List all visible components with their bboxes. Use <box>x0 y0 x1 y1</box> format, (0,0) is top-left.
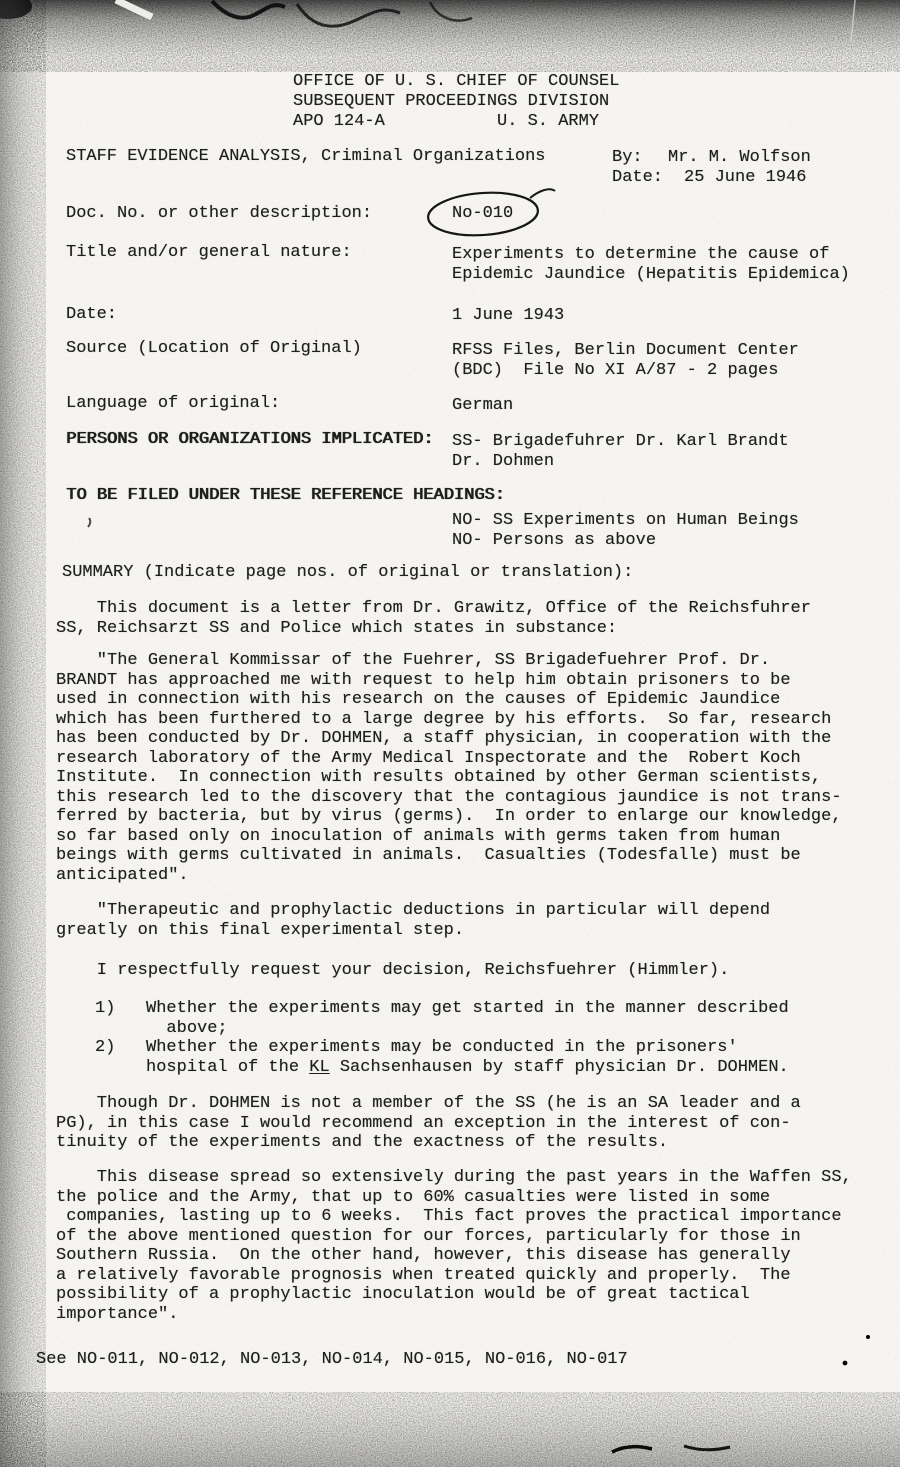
field-docno-label: Doc. No. or other description: <box>66 204 372 224</box>
field-date-label: Date: <box>66 305 117 325</box>
list-item-2-underlined: KL <box>309 1058 329 1077</box>
field-docno-value: No-010 <box>452 204 513 224</box>
letterhead-line2: SUBSEQUENT PROCEEDINGS DIVISION <box>293 92 609 112</box>
stray-comma-mark <box>88 518 90 527</box>
filing-label: TO BE FILED UNDER THESE REFERENCE HEADIN… <box>66 486 505 506</box>
list-item-2: 2) Whether the experiments may be conduc… <box>95 1038 789 1077</box>
ink-dot-2 <box>843 1361 848 1366</box>
field-language-value: German <box>452 396 513 416</box>
top-crack-2 <box>297 4 400 26</box>
top-crack-3 <box>430 2 472 21</box>
letterhead-apo: APO 124-A <box>293 112 385 132</box>
field-title-label: Title and/or general nature: <box>66 243 352 263</box>
document-title-line: STAFF EVIDENCE ANALYSIS, Criminal Organi… <box>66 147 545 167</box>
cross-references: See NO-011, NO-012, NO-013, NO-014, NO-0… <box>36 1350 628 1370</box>
top-scan-band <box>0 0 900 58</box>
letterhead-line1: OFFICE OF U. S. CHIEF OF COUNSEL <box>293 72 619 92</box>
top-white-slash <box>116 0 152 17</box>
field-source-label: Source (Location of Original) <box>66 339 362 359</box>
filing-entries: NO- SS Experiments on Human Beings NO- P… <box>452 511 799 550</box>
left-scan-speckle <box>0 0 46 1467</box>
bottom-mark-2 <box>684 1446 730 1450</box>
summary-intro: This document is a letter from Dr. Grawi… <box>56 599 811 638</box>
summary-heading: SUMMARY (Indicate page nos. of original … <box>62 563 633 583</box>
quote-paragraph-1: "The General Kommissar of the Fuehrer, S… <box>56 651 842 885</box>
list-item-1: 1) Whether the experiments may get start… <box>95 999 789 1038</box>
top-right-crack <box>851 0 855 42</box>
top-left-blob <box>0 0 32 19</box>
field-date-value: 1 June 1943 <box>452 306 564 326</box>
bottom-scan-speckle <box>0 1392 900 1467</box>
field-source-value: RFSS Files, Berlin Document Center (BDC)… <box>452 341 799 380</box>
date-value: 25 June 1946 <box>684 168 806 188</box>
by-label: By: <box>612 148 643 168</box>
letterhead-army: U. S. ARMY <box>497 112 599 132</box>
top-scan-speckle <box>0 0 900 72</box>
bottom-scan-band <box>0 1402 900 1467</box>
field-language-label: Language of original: <box>66 394 280 414</box>
field-persons-value: SS- Brigadefuhrer Dr. Karl Brandt Dr. Do… <box>452 432 789 471</box>
exception-paragraph: Though Dr. DOHMEN is not a member of the… <box>56 1094 801 1153</box>
field-title-value: Experiments to determine the cause of Ep… <box>452 245 850 284</box>
ink-dot-1 <box>866 1335 870 1339</box>
request-line: I respectfully request your decision, Re… <box>56 961 729 981</box>
quote-paragraph-2: "Therapeutic and prophylactic deductions… <box>56 901 770 940</box>
by-value: Mr. M. Wolfson <box>668 148 811 168</box>
list-item-2-text-end: Sachsenhausen by staff physician Dr. DOH… <box>330 1058 789 1077</box>
disease-paragraph: This disease spread so extensively durin… <box>56 1168 852 1324</box>
left-scan-band <box>0 0 40 1467</box>
field-persons-label: PERSONS OR ORGANIZATIONS IMPLICATED: <box>66 430 433 450</box>
top-crack-1 <box>212 1 285 18</box>
date-label: Date: <box>612 168 663 188</box>
document-page: OFFICE OF U. S. CHIEF OF COUNSEL SUBSEQU… <box>0 0 900 1467</box>
bottom-mark-1 <box>612 1447 652 1452</box>
